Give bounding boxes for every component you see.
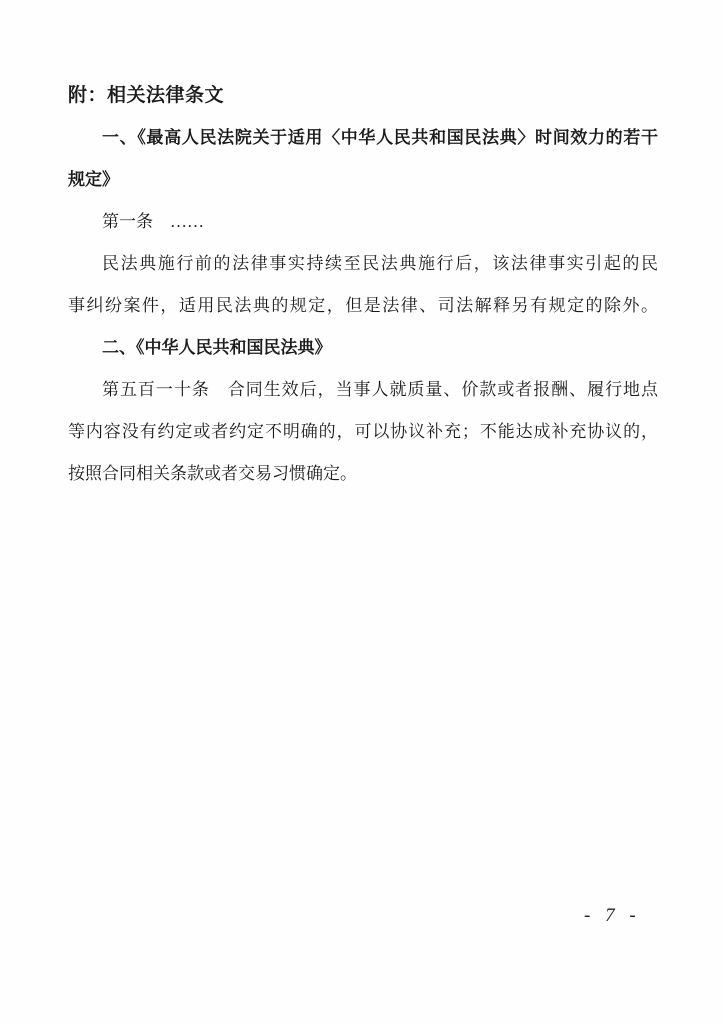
article-1-text-line1: 民法典施行前的法律事实持续至民法典施行后，该法律事实引起的民 (68, 243, 658, 285)
page-number: - 7 - (584, 905, 641, 927)
law1-title-line2: 规定》 (68, 159, 658, 201)
document-page: 附：相关法律条文 一、《最高人民法院关于适用〈中华人民共和国民法典〉时间效力的若… (0, 0, 724, 1024)
article-1-heading-line: 第一条 …… (68, 201, 658, 243)
document-body: 附：相关法律条文 一、《最高人民法院关于适用〈中华人民共和国民法典〉时间效力的若… (68, 75, 658, 495)
article-510-line1: 第五百一十条 合同生效后，当事人就质量、价款或者报酬、履行地点 (68, 369, 658, 411)
doc-heading: 附：相关法律条文 (68, 75, 658, 117)
law1-title-line1: 一、《最高人民法院关于适用〈中华人民共和国民法典〉时间效力的若干 (68, 117, 658, 159)
article-510-line2: 等内容没有约定或者约定不明确的，可以协议补充；不能达成补充协议的， (68, 411, 658, 453)
article-1-text-line2: 事纠纷案件，适用民法典的规定，但是法律、司法解释另有规定的除外。 (68, 285, 658, 327)
article-510-line3: 按照合同相关条款或者交易习惯确定。 (68, 453, 658, 495)
law2-title-line: 二、《中华人民共和国民法典》 (68, 327, 658, 369)
